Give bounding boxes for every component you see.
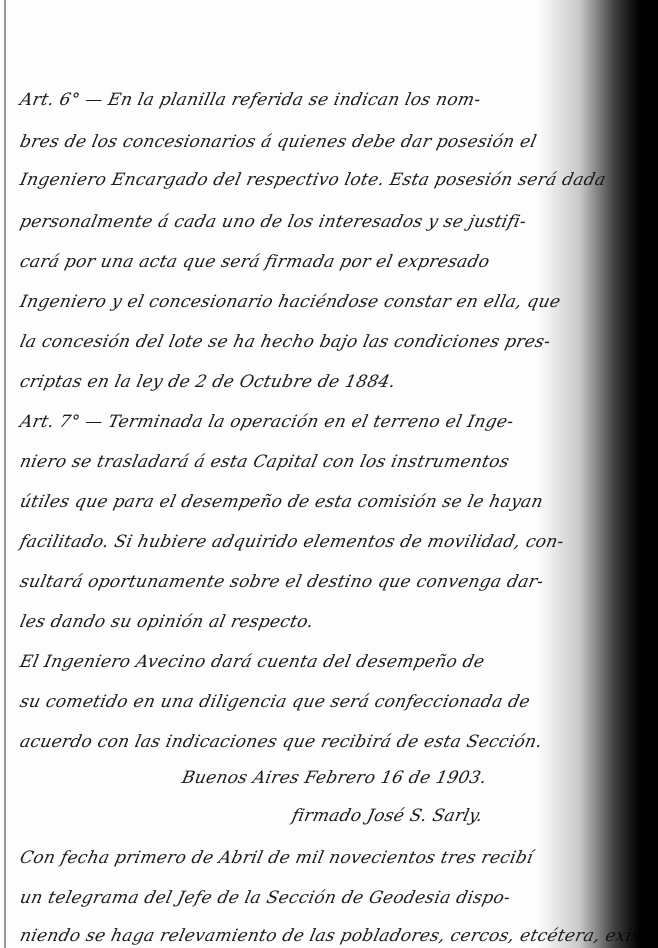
text-line: niero se trasladará á esta Capital con l… xyxy=(18,452,511,472)
manuscript-page: Art. 6° — En la planilla referida se ind… xyxy=(0,0,658,948)
text-line: sultará oportunamente sobre el destino q… xyxy=(18,572,545,592)
text-line: cará por una acta que será firmada por e… xyxy=(18,252,492,272)
text-line: útiles que para el desempeño de esta com… xyxy=(18,492,545,512)
text-line: un telegrama del Jefe de la Sección de G… xyxy=(18,888,512,908)
text-line: la concesión del lote se ha hecho bajo l… xyxy=(18,332,552,352)
text-line: personalmente á cada uno de los interesa… xyxy=(18,212,528,232)
text-line: acuerdo con las indicaciones que recibir… xyxy=(18,732,544,752)
signature-line: firmado José S. Sarly. xyxy=(290,806,485,826)
text-line: Art. 6° — En la planilla referida se ind… xyxy=(18,90,483,110)
page-gutter-shadow xyxy=(538,0,658,948)
text-line: Ingeniero Encargado del respectivo lote.… xyxy=(18,170,608,190)
text-line: su cometido en una diligencia que será c… xyxy=(18,692,532,712)
text-line: bres de los concesionarios á quienes deb… xyxy=(18,132,538,152)
text-line: Ingeniero y el concesionario haciéndose … xyxy=(18,292,562,312)
text-line: criptas en la ley de 2 de Octubre de 188… xyxy=(18,372,397,392)
binding-edge xyxy=(4,0,6,948)
text-line: El Ingeniero Avecino dará cuenta del des… xyxy=(18,652,486,672)
text-line: Art. 7° — Terminada la operación en el t… xyxy=(18,412,516,432)
text-line: Con fecha primero de Abril de mil noveci… xyxy=(18,848,535,868)
text-line: facilitado. Si hubiere adquirido element… xyxy=(18,532,566,552)
text-line: les dando su opinión al respecto. xyxy=(18,612,315,632)
date-line: Buenos Aires Febrero 16 de 1903. xyxy=(180,768,489,788)
